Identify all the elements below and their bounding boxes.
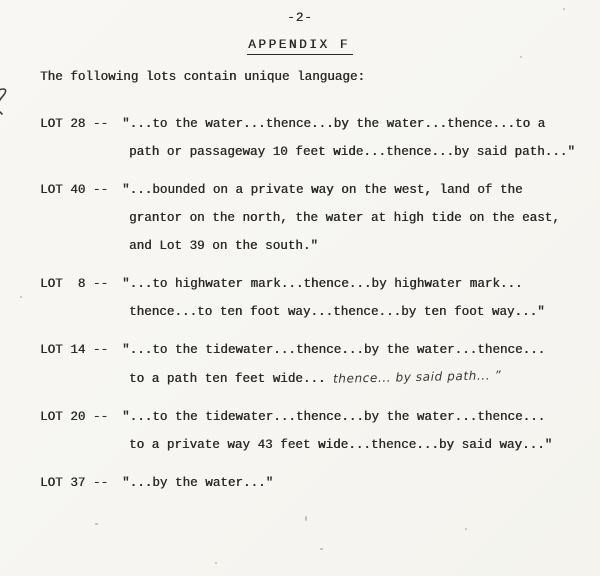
typed-text: "...to highwater mark...thence...by high… <box>122 277 523 291</box>
lot-label: LOT 20 -- <box>40 403 122 431</box>
lot-list: LOT 28 --"...to the water...thence...by … <box>40 110 600 497</box>
quote-line: to a private way 43 feet wide...thence..… <box>129 431 600 459</box>
scan-speckle <box>520 56 522 58</box>
lot-quote: "...to the tidewater...thence...by the w… <box>122 336 600 393</box>
appendix-title: APPENDIX F <box>247 37 353 55</box>
stray-pen-mark <box>0 84 12 118</box>
typed-text: to a path ten feet wide... <box>129 372 333 386</box>
scan-speckle <box>215 562 217 564</box>
handwritten-text: thence... by said path... ” <box>333 361 502 393</box>
quote-line: "...to highwater mark...thence...by high… <box>122 270 600 298</box>
scan-speckle <box>465 528 467 530</box>
quote-line: "...by the water..." <box>122 469 600 497</box>
scan-speckle <box>320 548 323 550</box>
quote-line: path or passageway 10 feet wide...thence… <box>129 138 600 166</box>
scan-speckle <box>95 523 98 525</box>
lot-quote: "...bounded on a private way on the west… <box>122 176 600 260</box>
quote-line: to a path ten feet wide... thence... by … <box>129 364 600 393</box>
lot-label: LOT 37 -- <box>40 469 122 497</box>
quote-line: and Lot 39 on the south." <box>129 232 600 260</box>
scan-speckle <box>20 296 22 298</box>
lot-entry: LOT 28 --"...to the water...thence...by … <box>40 110 600 166</box>
lot-entry: LOT 20 --"...to the tidewater...thence..… <box>40 403 600 459</box>
scan-speckle <box>563 8 565 10</box>
lot-quote: "...to the water...thence...by the water… <box>122 110 600 166</box>
quote-line: "...to the tidewater...thence...by the w… <box>122 336 600 364</box>
quote-line: thence...to ten foot way...thence...by t… <box>129 298 600 326</box>
typed-text: grantor on the north, the water at high … <box>129 211 560 225</box>
lot-entry: LOT 14 --"...to the tidewater...thence..… <box>40 336 600 393</box>
lot-entry: LOT 8 --"...to highwater mark...thence..… <box>40 270 600 326</box>
intro-line: The following lots contain unique langua… <box>40 70 600 84</box>
document-page: -2- APPENDIX F The following lots contai… <box>0 0 600 576</box>
scan-speckle <box>305 516 307 521</box>
lot-quote: "...to highwater mark...thence...by high… <box>122 270 600 326</box>
lot-label: LOT 28 -- <box>40 110 122 138</box>
lot-label: LOT 40 -- <box>40 176 122 204</box>
typed-text: "...to the tidewater...thence...by the w… <box>122 410 545 424</box>
lot-entry: LOT 40 --"...bounded on a private way on… <box>40 176 600 260</box>
appendix-header: APPENDIX F <box>0 35 600 55</box>
typed-text: to a private way 43 feet wide...thence..… <box>129 438 552 452</box>
lot-entry: LOT 37 --"...by the water..." <box>40 469 600 497</box>
typed-text: path or passageway 10 feet wide...thence… <box>129 145 575 159</box>
lot-label: LOT 8 -- <box>40 270 122 298</box>
quote-line: "...bounded on a private way on the west… <box>122 176 600 204</box>
typed-text: and Lot 39 on the south." <box>129 239 318 253</box>
quote-line: "...to the tidewater...thence...by the w… <box>122 403 600 431</box>
typed-text: "...bounded on a private way on the west… <box>122 183 523 197</box>
lot-quote: "...by the water..." <box>122 469 600 497</box>
page-number: -2- <box>0 11 600 25</box>
quote-line: "...to the water...thence...by the water… <box>122 110 600 138</box>
typed-text: "...by the water..." <box>122 476 273 490</box>
typed-text: "...to the tidewater...thence...by the w… <box>122 343 545 357</box>
lot-label: LOT 14 -- <box>40 336 122 364</box>
typed-text: thence...to ten foot way...thence...by t… <box>129 305 545 319</box>
lot-quote: "...to the tidewater...thence...by the w… <box>122 403 600 459</box>
quote-line: grantor on the north, the water at high … <box>129 204 600 232</box>
typed-text: "...to the water...thence...by the water… <box>122 117 545 131</box>
